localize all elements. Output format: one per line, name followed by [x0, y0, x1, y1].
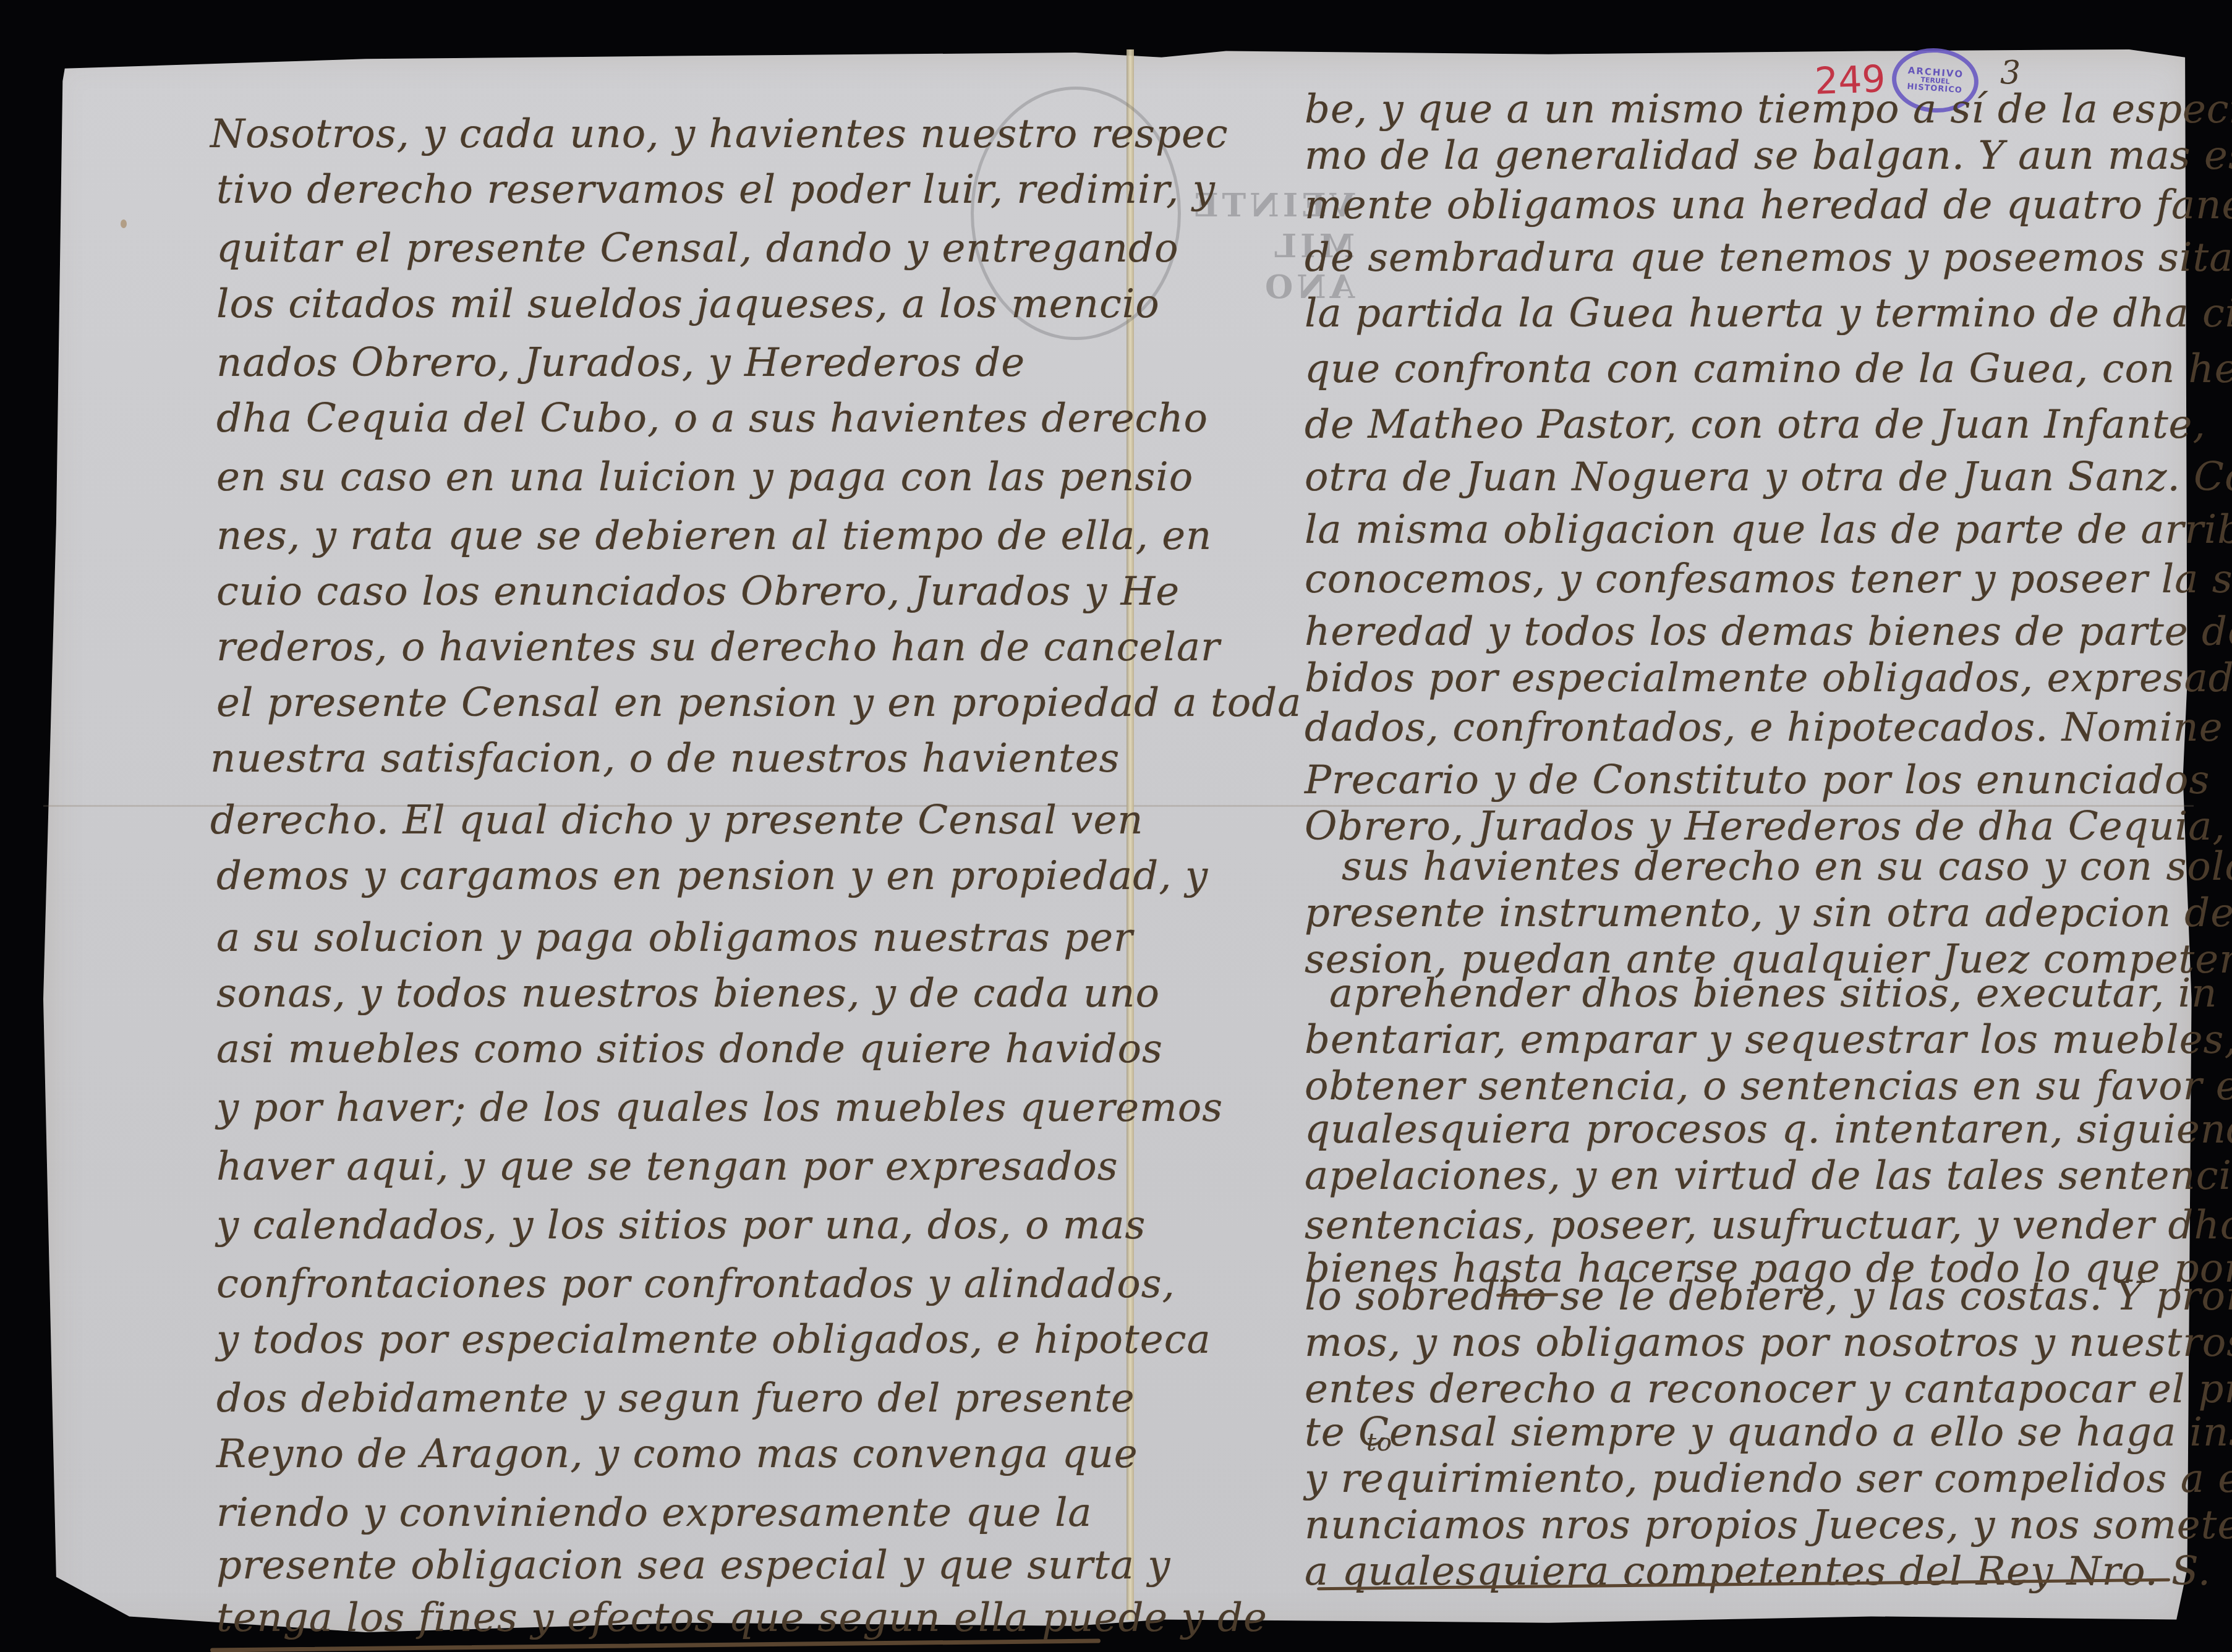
text-line: derecho. El qual dicho y presente Censal… [210, 798, 1143, 843]
text-line: lo sobredho se le debiere, y las costas.… [1305, 1274, 2232, 1319]
text-line: haver aqui, y que se tengan por expresad… [216, 1144, 1118, 1190]
text-line: confrontaciones por confrontados y alind… [216, 1261, 1175, 1307]
text-line: a su solucion y paga obligamos nuestras … [216, 915, 1133, 961]
text-line: dos debidamente y segun fuero del presen… [216, 1376, 1135, 1421]
text-line: aprehender dhos bienes sitios, executar,… [1329, 971, 2217, 1016]
text-line: y por haver; de los quales los muebles q… [216, 1085, 1223, 1131]
text-line: obtener sentencia, o sentencias en su fa… [1305, 1063, 2232, 1109]
text-line: sus havientes derecho en su caso y con s… [1342, 844, 2232, 890]
text-line: el presente Censal en pension y en propi… [216, 680, 1301, 726]
underline-yprometemos [1496, 1293, 1558, 1296]
text-line: y todos por especialmente obligados, e h… [216, 1317, 1211, 1363]
text-line: que confronta con camino de la Guea, con… [1305, 346, 2232, 392]
text-line: riendo y conviniendo expresamente que la [216, 1490, 1093, 1536]
text-line: nados Obrero, Jurados, y Herederos de [216, 340, 1025, 386]
text-line: mo de la generalidad se balgan. Y aun ma… [1305, 133, 2232, 179]
text-line: entes derecho a reconocer y cantapocar e… [1305, 1366, 2232, 1412]
text-line: presente obligacion sea especial y que s… [216, 1543, 1170, 1588]
text-line: y requirimiento, pudiendo ser compelidos… [1305, 1456, 2232, 1502]
text-line: bentariar, emparar y sequestrar los mueb… [1305, 1017, 2232, 1063]
text-line: rederos, o havientes su derecho han de c… [216, 624, 1220, 670]
text-line: quitar el presente Censal, dando y entre… [216, 226, 1179, 271]
text-line: Reyno de Aragon, y como mas convenga que [216, 1431, 1138, 1477]
text-line: tenga los fines y efectos que segun ella… [216, 1595, 1267, 1641]
text-line: en su caso en una luicion y paga con las… [216, 454, 1193, 500]
corner-number: 3 [2000, 54, 2021, 92]
text-line: bidos por especialmente obligados, expre… [1305, 655, 2232, 701]
text-line: te Censal siempre y quando a ello se hag… [1305, 1410, 2232, 1455]
text-line: conocemos, y confesamos tener y poseer l… [1305, 556, 2232, 602]
text-line: mente obligamos una heredad de quatro fa… [1305, 182, 2232, 228]
text-line: nuestra satisfacion, o de nuestros havie… [210, 736, 1120, 781]
text-line: de sembradura que tenemos y poseemos sit… [1305, 235, 2232, 281]
text-line: dados, confrontados, e hipotecados. Nomi… [1305, 705, 2223, 751]
text-line: presente instrumento, y sin otra adepcio… [1305, 890, 2232, 936]
text-line: mos, y nos obligamos por nosotros y nues… [1305, 1320, 2232, 1366]
text-line: otra de Juan Noguera y otra de Juan Sanz… [1305, 454, 2232, 500]
text-line: los citados mil sueldos jaqueses, a los … [216, 281, 1160, 327]
text-line: Precario y de Constituto por los enuncia… [1305, 757, 2210, 803]
text-line: heredad y todos los demas bienes de part… [1305, 609, 2232, 655]
text-line: dha Cequia del Cubo, o a sus havientes d… [216, 396, 1208, 441]
text-line: asi muebles como sitios donde quiere hav… [216, 1026, 1163, 1072]
text-line: Obrero, Jurados y Herederos de dha Cequi… [1305, 804, 2226, 849]
text-line: de Matheo Pastor, con otra de Juan Infan… [1305, 402, 2206, 448]
text-line: la misma obligacion que las de parte de … [1305, 507, 2232, 553]
text-line: Nosotros, y cada uno, y havientes nuestr… [210, 111, 1229, 157]
text-line: be, y que a un mismo tiempo a sí de la e… [1305, 87, 2232, 132]
text-line: apelaciones, y en virtud de las tales se… [1305, 1153, 2232, 1199]
text-line: qualesquiera procesos q. intentaren, sig… [1305, 1107, 2232, 1152]
text-line: sonas, y todos nuestros bienes, y de cad… [216, 971, 1160, 1016]
text-line: cuio caso los enunciados Obrero, Jurados… [216, 569, 1180, 615]
text-line: demos y cargamos en pension y en propied… [216, 853, 1208, 899]
text-line: nunciamos nros propios Jueces, y nos som… [1305, 1502, 2232, 1548]
text-line: y calendados, y los sitios por una, dos,… [216, 1203, 1146, 1248]
text-line: la partida la Guea huerta y termino de d… [1305, 291, 2232, 336]
interlinear-note: to [1366, 1428, 1392, 1457]
text-line: nes, y rata que se debieren al tiempo de… [216, 513, 1212, 559]
text-line: tivo derecho reservamos el poder luir, r… [216, 167, 1216, 213]
text-line: sentencias, poseer, usufructuar, y vende… [1305, 1203, 2232, 1248]
ink-stain [121, 219, 127, 228]
